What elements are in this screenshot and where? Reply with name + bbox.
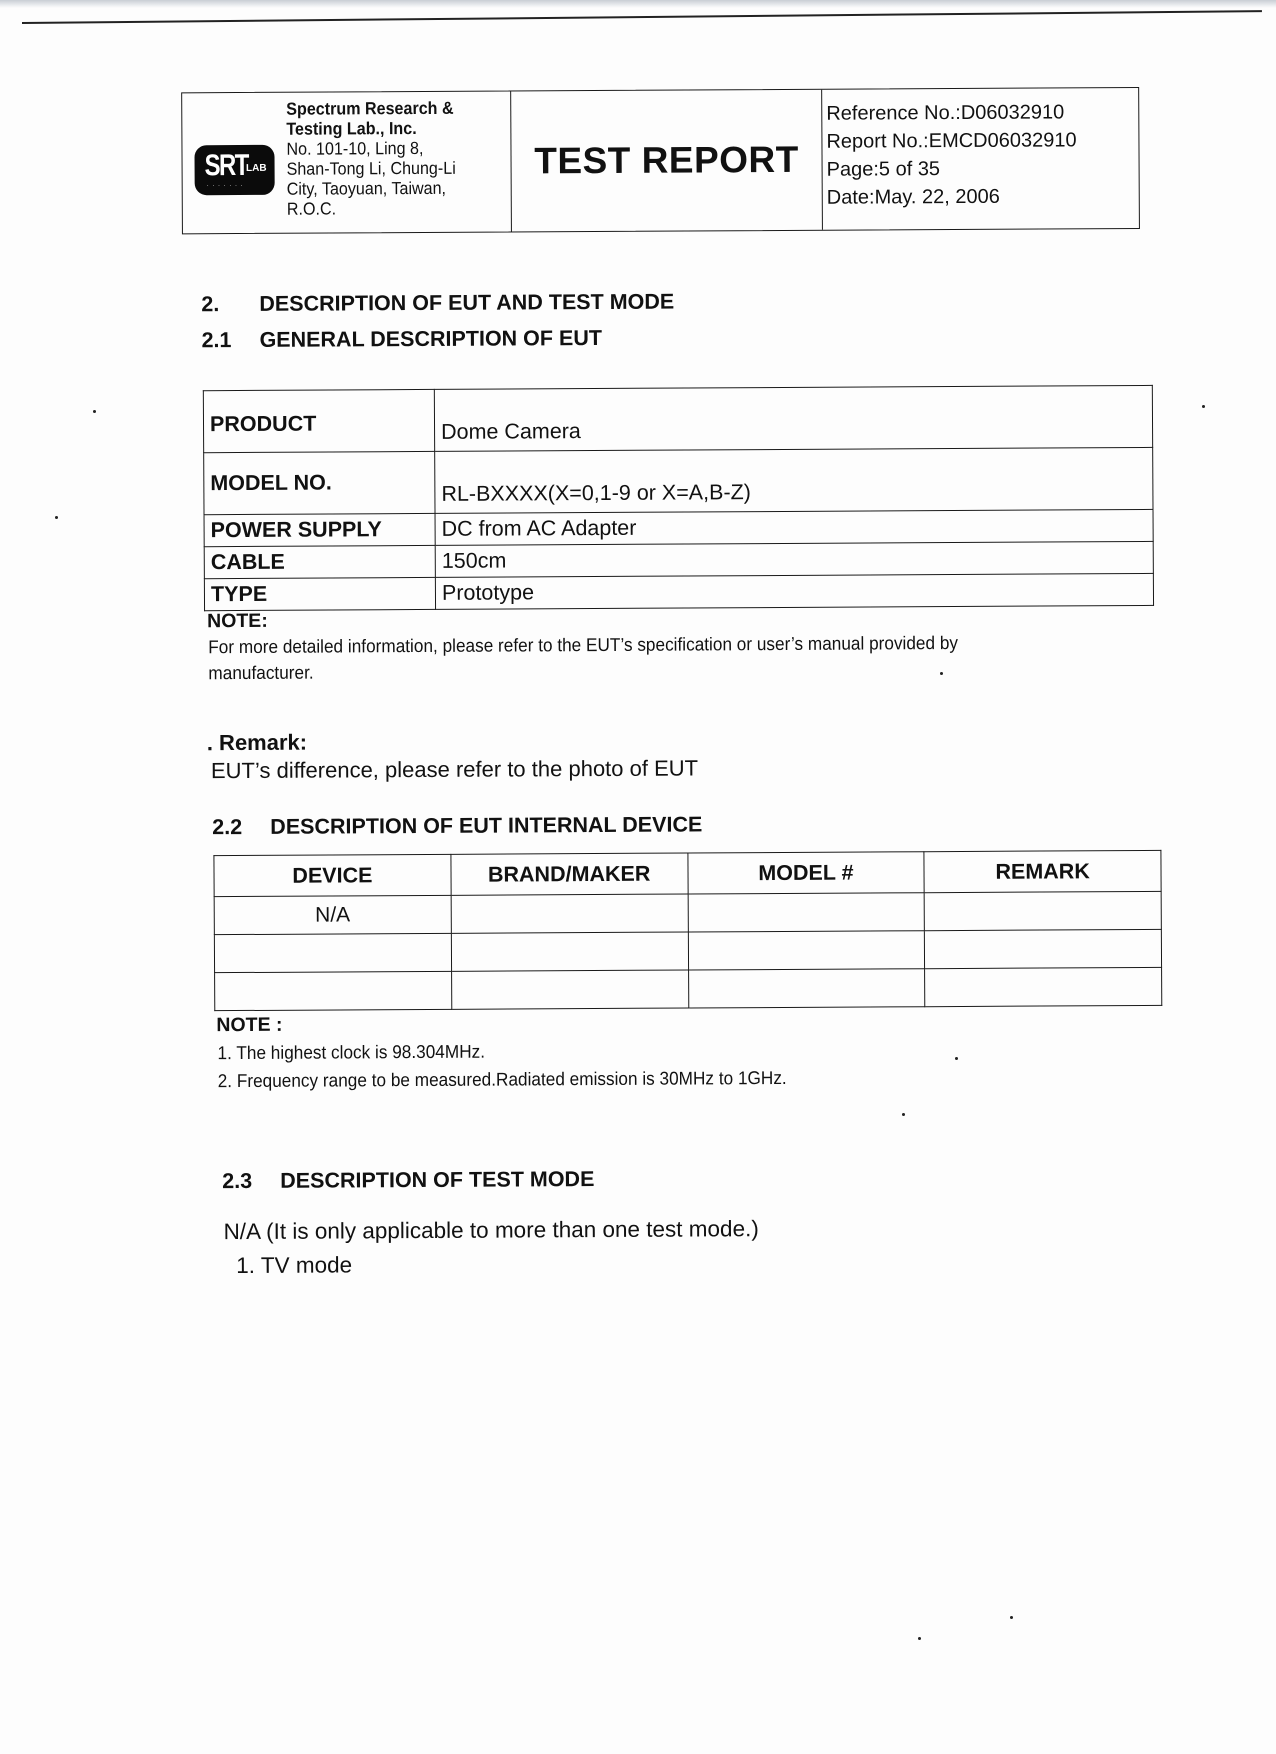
row-label: CABLE [204,545,435,578]
eut-general-table: PRODUCT Dome Camera MODEL NO. RL-BXXXX(X… [203,385,1154,611]
table-cell [688,931,925,970]
scan-speck [93,410,96,413]
lab-address-line: Shan-Tong Li, Chung-Li [287,158,456,179]
report-date: Date:May. 22, 2006 [827,182,1139,212]
row-value: Dome Camera [434,385,1152,451]
table-row: POWER SUPPLY DC from AC Adapter [204,509,1153,546]
remark-text: EUT’s difference, please refer to the ph… [211,755,698,784]
report-no: Report No.:EMCD06032910 [826,126,1138,156]
table-cell [451,932,688,971]
report-page: SRT LAB · · · · · · · Spectrum Research … [0,0,1276,1754]
lab-address-line: City, Taoyuan, Taiwan, [287,178,456,199]
table-cell [925,967,1162,1006]
section-title: GENERAL DESCRIPTION OF EUT [259,326,602,352]
section-2-1-heading: 2.1GENERAL DESCRIPTION OF EUT [201,326,602,353]
table-cell [214,933,451,972]
scan-speck [55,516,58,519]
reference-no: Reference No.:D06032910 [826,98,1138,128]
scan-speck [902,1113,905,1116]
lab-name-line: Spectrum Research & [286,98,455,119]
lab-address-line: No. 101-10, Ling 8, [286,138,455,159]
column-header: REMARK [924,850,1161,892]
section-title: DESCRIPTION OF EUT INTERNAL DEVICE [270,812,702,838]
table-row: TYPE Prototype [204,573,1153,610]
section-number: 2.1 [201,328,259,353]
row-value: 150cm [435,541,1153,577]
table-cell [688,893,925,932]
section-number: 2. [201,292,259,317]
page-number: Page:5 of 35 [827,154,1139,184]
section-number: 2.2 [212,815,270,840]
row-label: POWER SUPPLY [204,513,435,546]
table-row: PRODUCT Dome Camera [203,385,1152,452]
lab-info-cell: SRT LAB · · · · · · · Spectrum Research … [182,91,512,233]
table-cell: N/A [214,895,451,934]
column-header: DEVICE [214,854,451,896]
row-label: PRODUCT [203,389,434,452]
table-cell [925,929,1162,968]
table-row: MODEL NO. RL-BXXXX(X=0,1-9 or X=A,B-Z) [204,447,1153,514]
table-row: N/A [214,891,1161,934]
table-cell [688,969,925,1008]
column-header: MODEL # [687,852,924,894]
scan-speck [940,672,943,675]
lab-address-line: R.O.C. [287,198,456,219]
row-label: MODEL NO. [204,451,435,514]
section-2-heading: 2.DESCRIPTION OF EUT AND TEST MODE [201,290,674,318]
scan-speck [955,1057,958,1060]
table-cell [215,971,452,1010]
note-heading: NOTE : [216,1014,282,1037]
table-cell [451,894,688,933]
report-header: SRT LAB · · · · · · · Spectrum Research … [181,87,1140,234]
note-line: For more detailed information, please re… [208,632,958,658]
table-row [215,967,1162,1010]
section-2-2-heading: 2.2DESCRIPTION OF EUT INTERNAL DEVICE [212,812,702,840]
section-number: 2.3 [222,1169,280,1194]
row-value: DC from AC Adapter [435,509,1153,545]
section-title: DESCRIPTION OF TEST MODE [280,1167,594,1193]
note-item: 2. Frequency range to be measured.Radiat… [218,1067,787,1092]
note-item: 1. The highest clock is 98.304MHz. [217,1041,485,1064]
test-mode-item: 1. TV mode [224,1252,353,1279]
report-title: TEST REPORT [511,90,823,232]
note-line: manufacturer. [208,662,313,685]
note-heading: NOTE: [207,610,268,633]
table-cell [451,970,688,1009]
row-value: RL-BXXXX(X=0,1-9 or X=A,B-Z) [435,447,1153,513]
logo-subtext: LAB [246,163,267,174]
row-value: Prototype [435,573,1153,609]
lab-address-block: Spectrum Research & Testing Lab., Inc. N… [286,98,456,219]
test-mode-text: N/A (It is only applicable to more than … [223,1216,758,1245]
report-meta: Reference No.:D06032910 Report No.:EMCD0… [822,88,1139,230]
scan-speck [1010,1616,1013,1619]
section-title: DESCRIPTION OF EUT AND TEST MODE [259,290,674,316]
remark-heading: . Remark: [207,730,307,757]
table-row: CABLE 150cm [204,541,1153,578]
table-cell [924,891,1161,930]
row-label: TYPE [204,577,435,610]
section-2-3-heading: 2.3DESCRIPTION OF TEST MODE [222,1167,594,1194]
table-header-row: DEVICE BRAND/MAKER MODEL # REMARK [214,850,1161,896]
scan-speck [1202,405,1205,408]
scan-speck [918,1637,921,1640]
lab-name-line: Testing Lab., Inc. [286,118,455,139]
internal-device-table: DEVICE BRAND/MAKER MODEL # REMARK N/A [213,850,1162,1011]
table-row [214,929,1161,972]
logo-tagline: · · · · · · · [207,183,244,189]
srt-lab-logo-icon: SRT LAB · · · · · · · [194,145,274,195]
column-header: BRAND/MAKER [451,853,688,895]
logo-text: SRT [204,149,247,183]
